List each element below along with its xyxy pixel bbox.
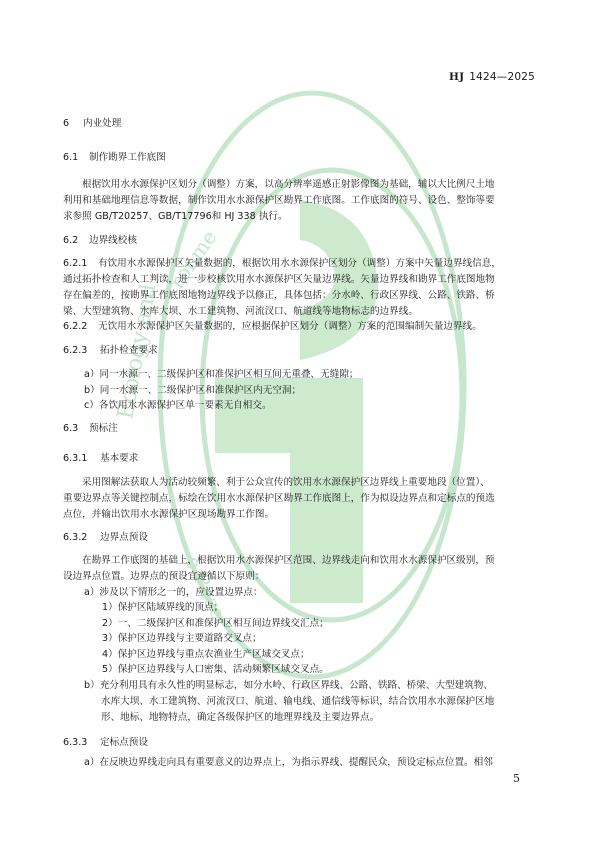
clause-6-2-2: 6.2.2无饮用水水源保护区矢量数据的，应根据保护区划分（调整）方案的范围编制矢… (63, 321, 482, 333)
paragraph-line: 存在偏差的，按勘界工作底图地物边界线予以修正，具体包括：分水岭、行政区界线、公路… (63, 290, 495, 302)
standard-number-header: HJ1424—2025 (449, 71, 535, 83)
list-item: b）同一水源一、二级保护区和准保护区内无空洞； (84, 385, 301, 397)
clause-6-2-3: 6.2.3拓扑检查要求 (63, 345, 158, 357)
clause-6-3-3: 6.3.3定标点预设 (63, 737, 148, 749)
clause-6-2-1: 6.2.1有饮用水水源保护区矢量数据的，根据饮用水水源保护区划分（调整）方案中矢… (63, 258, 501, 270)
sub-list-item: 3）保护区边界线与主要道路交叉点； (102, 633, 262, 645)
section-heading-6-2: 6.2边界线校核 (63, 235, 137, 247)
paragraph-line: 设边界点位置。边界点的预设宜遵循以下原则： (63, 571, 264, 583)
clause-6-3-2: 6.3.2边界点预设 (63, 532, 148, 544)
chapter-heading: 6内业处理 (63, 118, 121, 130)
paragraph-line: 梁、大型建筑物、水库大坝、水工建筑物、河流汊口、航道线等地物标志的边界线。 (63, 306, 418, 318)
standard-series: HJ (449, 71, 464, 83)
list-item: a）涉及以下情形之一的，应设置边界点： (84, 587, 263, 599)
section-heading-6-1: 6.1制作勘界工作底图 (63, 152, 166, 164)
sub-list-item: 1）保护区陆域界线的顶点； (102, 602, 223, 614)
paragraph-line: 求参照 GB/T20257、GB/T17796和 HJ 338 执行。 (63, 211, 288, 223)
list-item: b）充分利用具有永久性的明显标志，如分水岭、行政区界线、公路、铁路、桥梁、大型建… (84, 680, 493, 692)
list-item: a）同一水源一、二级保护区和准保护区相互间无重叠、无缝隙； (84, 369, 359, 381)
paragraph-line: 重要边界点等关键控制点，标绘在饮用水水源保护区勘界工作底图上，作为拟设边界点和定… (63, 493, 495, 505)
document-page: HJ1424—2025 6内业处理 6.1制作勘界工作底图 根据饮用水水源保护区… (0, 0, 595, 842)
paragraph-line: 根据饮用水水源保护区划分（调整）方案，以高分辨率遥感正射影像图为基础，辅以大比例… (82, 179, 495, 191)
list-item: c）各饮用水水源保护区单一要素无自相交。 (84, 400, 272, 412)
standard-number: 1424—2025 (469, 71, 535, 83)
paragraph-line: 形、地标、地物特点，确定各级保护区的地理界线及主要边界点。 (101, 712, 379, 724)
paragraph-line: 利用和基础地理信息等数据，制作饮用水水源保护区勘界工作底图。工作底图的符号、设色… (63, 195, 495, 207)
page-number: 5 (513, 772, 520, 785)
paragraph-line: 点位，并输出饮用水水源保护区现场勘界工作图。 (63, 509, 274, 521)
paragraph-line: 在勘界工作底图的基础上，根据饮用水水源保护区范围、边界线走向和饮用水水源保护区级… (82, 555, 495, 567)
clause-6-3-1: 6.3.1基本要求 (63, 453, 138, 465)
sub-list-item: 4）保护区边界线与重点农渔业生产区域交叉点； (102, 649, 310, 661)
chapter-title: 内业处理 (83, 118, 121, 129)
section-heading-6-3: 6.3预标注 (63, 423, 118, 435)
paragraph-line: 通过拓扑检查和人工判读，进一步校核饮用水水源保护区矢量边界线。矢量边界线和勘界工… (63, 274, 495, 286)
list-item: a）在反映边界线走向具有重要意义的边界点上，为指示界线、提醒民众，预设定标点位置… (84, 757, 493, 769)
sub-list-item: 5）保护区边界线与人口密集、活动频繁区域交叉点。 (102, 664, 329, 676)
sub-list-item: 2）一、二级保护区和准保护区相互间边界线交汇点； (102, 618, 329, 630)
paragraph-line: 采用图解法获取人为活动较频繁、利于公众宣传的饮用水水源保护区边界线上重要地段（位… (82, 477, 490, 489)
paragraph-line: 水库大坝、水工建筑物、河流汊口、航道、输电线、通信线等标识，结合饮用水水源保护区… (101, 696, 494, 708)
